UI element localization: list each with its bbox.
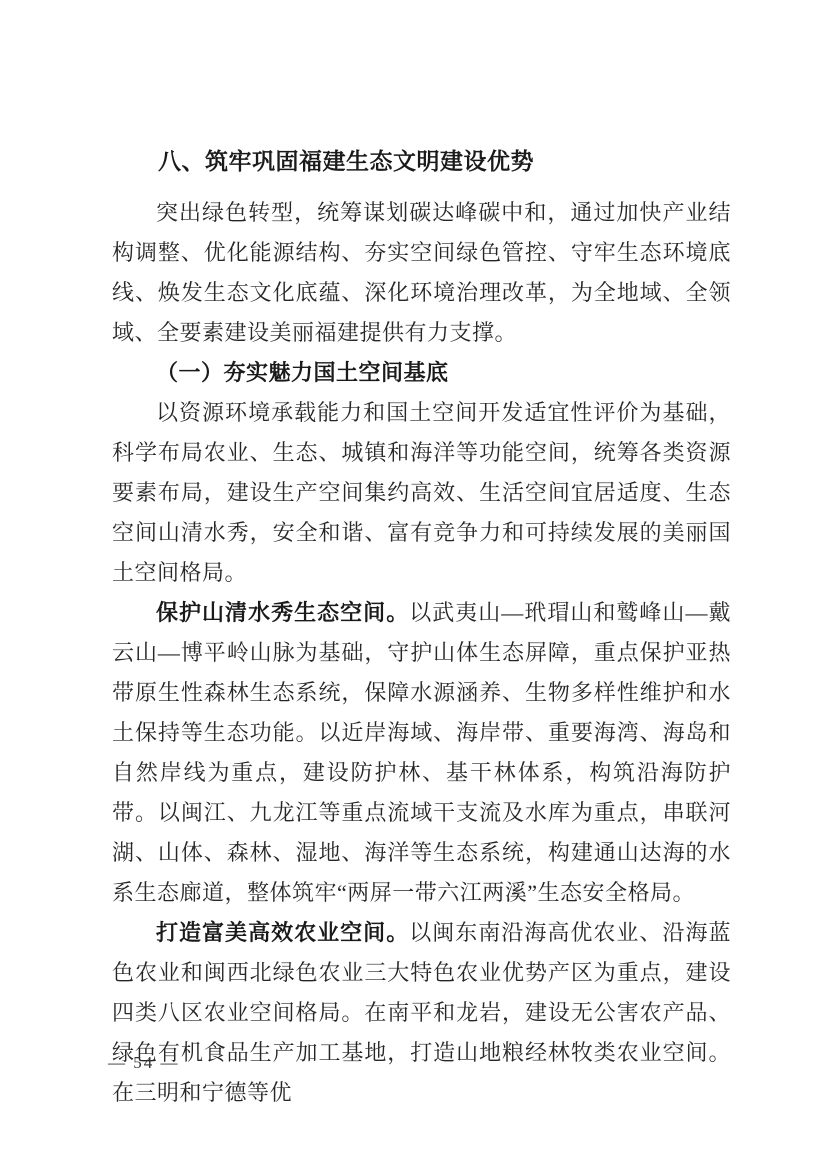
subsection-heading: （一）夯实魅力国土空间基底: [112, 353, 731, 393]
paragraph-agri-space-text: 以闽东南沿海高优农业、沿海蓝色农业和闽西北绿色农业三大特色农业优势产区为重点，建…: [112, 920, 731, 1105]
paragraph-eco-space-text: 以武夷山—玳瑁山和鹫峰山—戴云山—博平岭山脉为基础，守护山体生态屏障，重点保护亚…: [112, 600, 731, 905]
document-page: 八、筑牢巩固福建生态文明建设优势 突出绿色转型，统筹谋划碳达峰碳中和，通过加快产…: [0, 0, 826, 1169]
section-heading: 八、筑牢巩固福建生态文明建设优势: [112, 141, 731, 181]
paragraph-agri-space-lead: 打造富美高效农业空间。: [156, 920, 409, 945]
paragraph-eco-space: 保护山清水秀生态空间。以武夷山—玳瑁山和鹫峰山—戴云山—博平岭山脉为基础，守护山…: [112, 593, 731, 913]
paragraph-agri-space: 打造富美高效农业空间。以闽东南沿海高优农业、沿海蓝色农业和闽西北绿色农业三大特色…: [112, 913, 731, 1113]
document-content: 八、筑牢巩固福建生态文明建设优势 突出绿色转型，统筹谋划碳达峰碳中和，通过加快产…: [0, 0, 826, 1113]
paragraph-eco-space-lead: 保护山清水秀生态空间。: [156, 600, 409, 625]
subsection-paragraph: 以资源环境承载能力和国土空间开发适宜性评价为基础，科学布局农业、生态、城镇和海洋…: [112, 393, 731, 593]
intro-paragraph: 突出绿色转型，统筹谋划碳达峰碳中和，通过加快产业结构调整、优化能源结构、夯实空间…: [112, 193, 731, 353]
page-number: — 54 —: [108, 1053, 180, 1073]
